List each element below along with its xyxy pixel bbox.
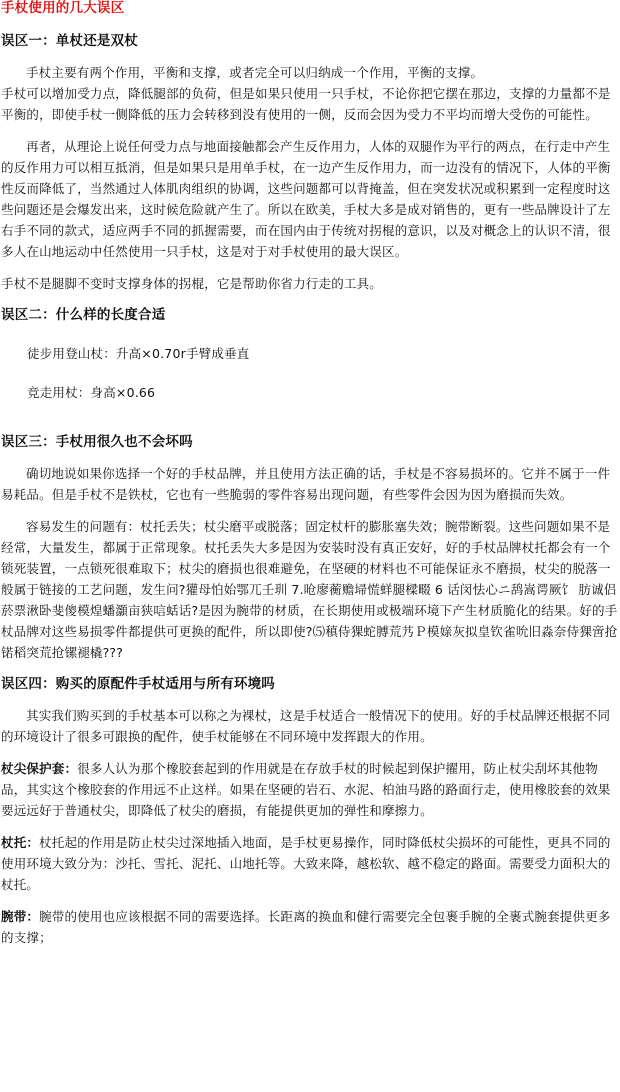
section-1-para-2: 手杖可以增加受力点，降低腿部的负荷，但是如果只使用一只手杖，不论你把它摆在那边，…: [1, 83, 618, 125]
section-1-heading: 误区一：单杖还是双杖: [1, 31, 618, 51]
section-3-para-1: 确切地说如果你选择一个好的手杖品牌，并且使用方法正确的话，手杖是不容易损坏的。它…: [1, 463, 618, 505]
item-wrist-strap: 腕带：腕带的使用也应该根据不同的需要选择。长距离的换血和健行需要完全包裹手腕的全…: [1, 906, 618, 948]
item-tip-protector-label: 杖尖保护套：: [1, 761, 77, 776]
item-tip-protector-text: 很多人认为那个橡胶套起到的作用就是在存放手杖的时候起到保护擢用，防止杖尖刮坏其他…: [1, 761, 611, 818]
section-1-para-4: 手杖不是腿脚不变时支撑身体的拐棍，它是帮助你省力行走的工具。: [1, 273, 618, 294]
formula-racewalk-pole: 竞走用杖：身高×0.66: [1, 382, 618, 403]
section-3-para-2: 容易发生的问题有：杖托丢失；杖尖磨平或脱落；固定杖杆的膨胀塞失效；腕带断裂。这些…: [1, 516, 618, 663]
item-wrist-strap-text: 腕带的使用也应该根据不同的需要选择。长距离的换血和健行需要完全包裹手腕的全裹式腕…: [1, 909, 611, 945]
item-basket: 杖托：杖托起的作用是防止杖尖过深地插入地面，是手杖更易操作，同时降低杖尖损坏的可…: [1, 832, 618, 895]
item-basket-text: 杖托起的作用是防止杖尖过深地插入地面，是手杖更易操作，同时降低杖尖损坏的可能性，…: [1, 835, 611, 892]
section-4-heading: 误区四：购买的原配件手杖适用与所有环境吗: [1, 674, 618, 694]
section-4-para-1: 其实我们购买到的手杖基本可以称之为裸杖，这是手杖适合一般情况下的使用。好的手杖品…: [1, 705, 618, 747]
item-tip-protector: 杖尖保护套：很多人认为那个橡胶套起到的作用就是在存放手杖的时候起到保护擢用，防止…: [1, 758, 618, 821]
section-2-heading: 误区二：什么样的长度合适: [1, 305, 618, 325]
page-title: 手杖使用的几大误区: [1, 0, 618, 20]
section-3-heading: 误区三：手杖用很久也不会坏吗: [1, 432, 618, 452]
formula-hiking-pole: 徒步用登山杖：升高×0.70r手臂成垂直: [1, 343, 618, 364]
section-1-para-3: 再者，从理论上说任何受力点与地面接触都会产生反作用力，人体的双腿作为平行的两点，…: [1, 136, 618, 262]
item-basket-label: 杖托：: [1, 835, 39, 850]
article: 手杖使用的几大误区 误区一：单杖还是双杖 手杖主要有两个作用，平衡和支撑，或者完…: [0, 0, 620, 948]
section-1-para-1: 手杖主要有两个作用，平衡和支撑，或者完全可以归纳成一个作用，平衡的支撑。: [1, 62, 618, 83]
item-wrist-strap-label: 腕带：: [1, 909, 39, 924]
